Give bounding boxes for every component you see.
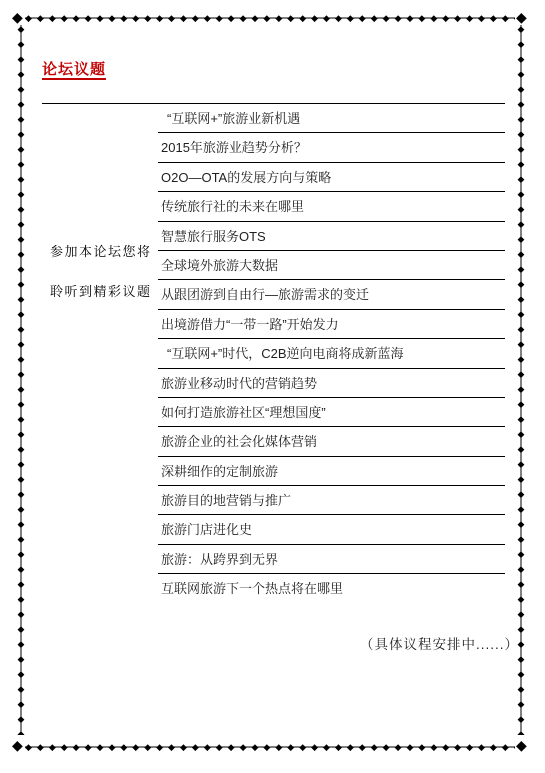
- topic-row: 旅游门店进化史: [158, 515, 505, 544]
- topic-text: 深耕细作的定制旅游: [161, 464, 278, 479]
- topic-row: 旅游业移动时代的营销趋势: [158, 369, 505, 398]
- topic-text: 全球境外旅游大数据: [161, 258, 278, 273]
- topic-row: 智慧旅行服务OTS: [158, 222, 505, 251]
- topic-text: O2O—OTA的发展方向与策略: [161, 170, 331, 185]
- topic-text: 旅游门店进化史: [161, 522, 252, 537]
- topic-row: “互联网+”旅游业新机遇: [158, 104, 505, 133]
- topic-row: 旅游企业的社会化媒体营销: [158, 427, 505, 456]
- page-border-left-ornament: ◆◆◆◆◆◆◆◆◆◆◆◆◆◆◆◆◆◆◆◆◆◆◆◆◆◆◆◆◆◆◆◆◆◆◆◆◆◆◆◆…: [15, 25, 28, 735]
- topic-row: 旅游：从跨界到无界: [158, 545, 505, 574]
- topic-text: 传统旅行社的未来在哪里: [161, 199, 304, 214]
- topic-text: 旅游企业的社会化媒体营销: [161, 434, 317, 449]
- topic-row: 互联网旅游下一个热点将在哪里: [158, 574, 505, 603]
- page-title: 论坛议题: [42, 58, 106, 79]
- topic-text: 旅游：从跨界到无界: [161, 552, 278, 567]
- topic-row: 旅游目的地营销与推广: [158, 486, 505, 515]
- agenda-label-line-1: 参加本论坛您将: [50, 232, 158, 272]
- topic-text: 从跟团游到自由行—旅游需求的变迁: [161, 287, 369, 302]
- topic-row: 深耕细作的定制旅游: [158, 457, 505, 486]
- topic-text: 2015年旅游业趋势分析？: [161, 140, 307, 155]
- topic-text: “互联网+”时代，C2B逆向电商将成新蓝海: [167, 346, 404, 361]
- border-corner-ornament-icon: ◆: [516, 10, 527, 24]
- agenda-table: 参加本论坛您将 聆听到精彩议题 “互联网+”旅游业新机遇 2015年旅游业趋势分…: [42, 103, 505, 604]
- topic-row: 全球境外旅游大数据: [158, 251, 505, 280]
- topic-text: 如何打造旅游社区“理想国度”: [161, 405, 326, 420]
- topic-text: 出境游借力“一带一路”开始发力: [161, 317, 339, 332]
- topic-row: 从跟团游到自由行—旅游需求的变迁: [158, 280, 505, 309]
- agenda-label-line-2: 聆听到精彩议题: [50, 272, 158, 312]
- topic-text: 旅游目的地营销与推广: [161, 493, 291, 508]
- border-corner-ornament-icon: ◆: [12, 10, 23, 24]
- agenda-label-cell: 参加本论坛您将 聆听到精彩议题: [42, 104, 158, 604]
- agenda-topics-list: “互联网+”旅游业新机遇 2015年旅游业趋势分析？ O2O—OTA的发展方向与…: [158, 104, 505, 604]
- page-border-bottom-ornament: ◆◆◆◆◆◆◆◆◆◆◆◆◆◆◆◆◆◆◆◆◆◆◆◆◆◆◆◆◆◆◆◆◆◆◆◆◆◆◆◆…: [25, 741, 515, 754]
- document-page: ◆◆◆◆◆◆◆◆◆◆◆◆◆◆◆◆◆◆◆◆◆◆◆◆◆◆◆◆◆◆◆◆◆◆◆◆◆◆◆◆…: [0, 0, 545, 773]
- topic-row: 如何打造旅游社区“理想国度”: [158, 398, 505, 427]
- footer-note: （具体议程安排中......）: [360, 633, 519, 653]
- page-border-right-ornament: ◆◆◆◆◆◆◆◆◆◆◆◆◆◆◆◆◆◆◆◆◆◆◆◆◆◆◆◆◆◆◆◆◆◆◆◆◆◆◆◆…: [515, 25, 528, 735]
- topic-text: 智慧旅行服务OTS: [161, 229, 266, 244]
- topic-text: 旅游业移动时代的营销趋势: [161, 376, 317, 391]
- topic-text: 互联网旅游下一个热点将在哪里: [161, 581, 343, 596]
- topic-row: “互联网+”时代，C2B逆向电商将成新蓝海: [158, 339, 505, 368]
- topic-row: O2O—OTA的发展方向与策略: [158, 163, 505, 192]
- border-corner-ornament-icon: ◆: [516, 738, 527, 752]
- topic-row: 传统旅行社的未来在哪里: [158, 192, 505, 221]
- topic-row: 出境游借力“一带一路”开始发力: [158, 310, 505, 339]
- page-border-top-ornament: ◆◆◆◆◆◆◆◆◆◆◆◆◆◆◆◆◆◆◆◆◆◆◆◆◆◆◆◆◆◆◆◆◆◆◆◆◆◆◆◆…: [25, 12, 515, 25]
- topic-text: “互联网+”旅游业新机遇: [167, 111, 300, 126]
- topic-row: 2015年旅游业趋势分析？: [158, 133, 505, 162]
- border-corner-ornament-icon: ◆: [12, 738, 23, 752]
